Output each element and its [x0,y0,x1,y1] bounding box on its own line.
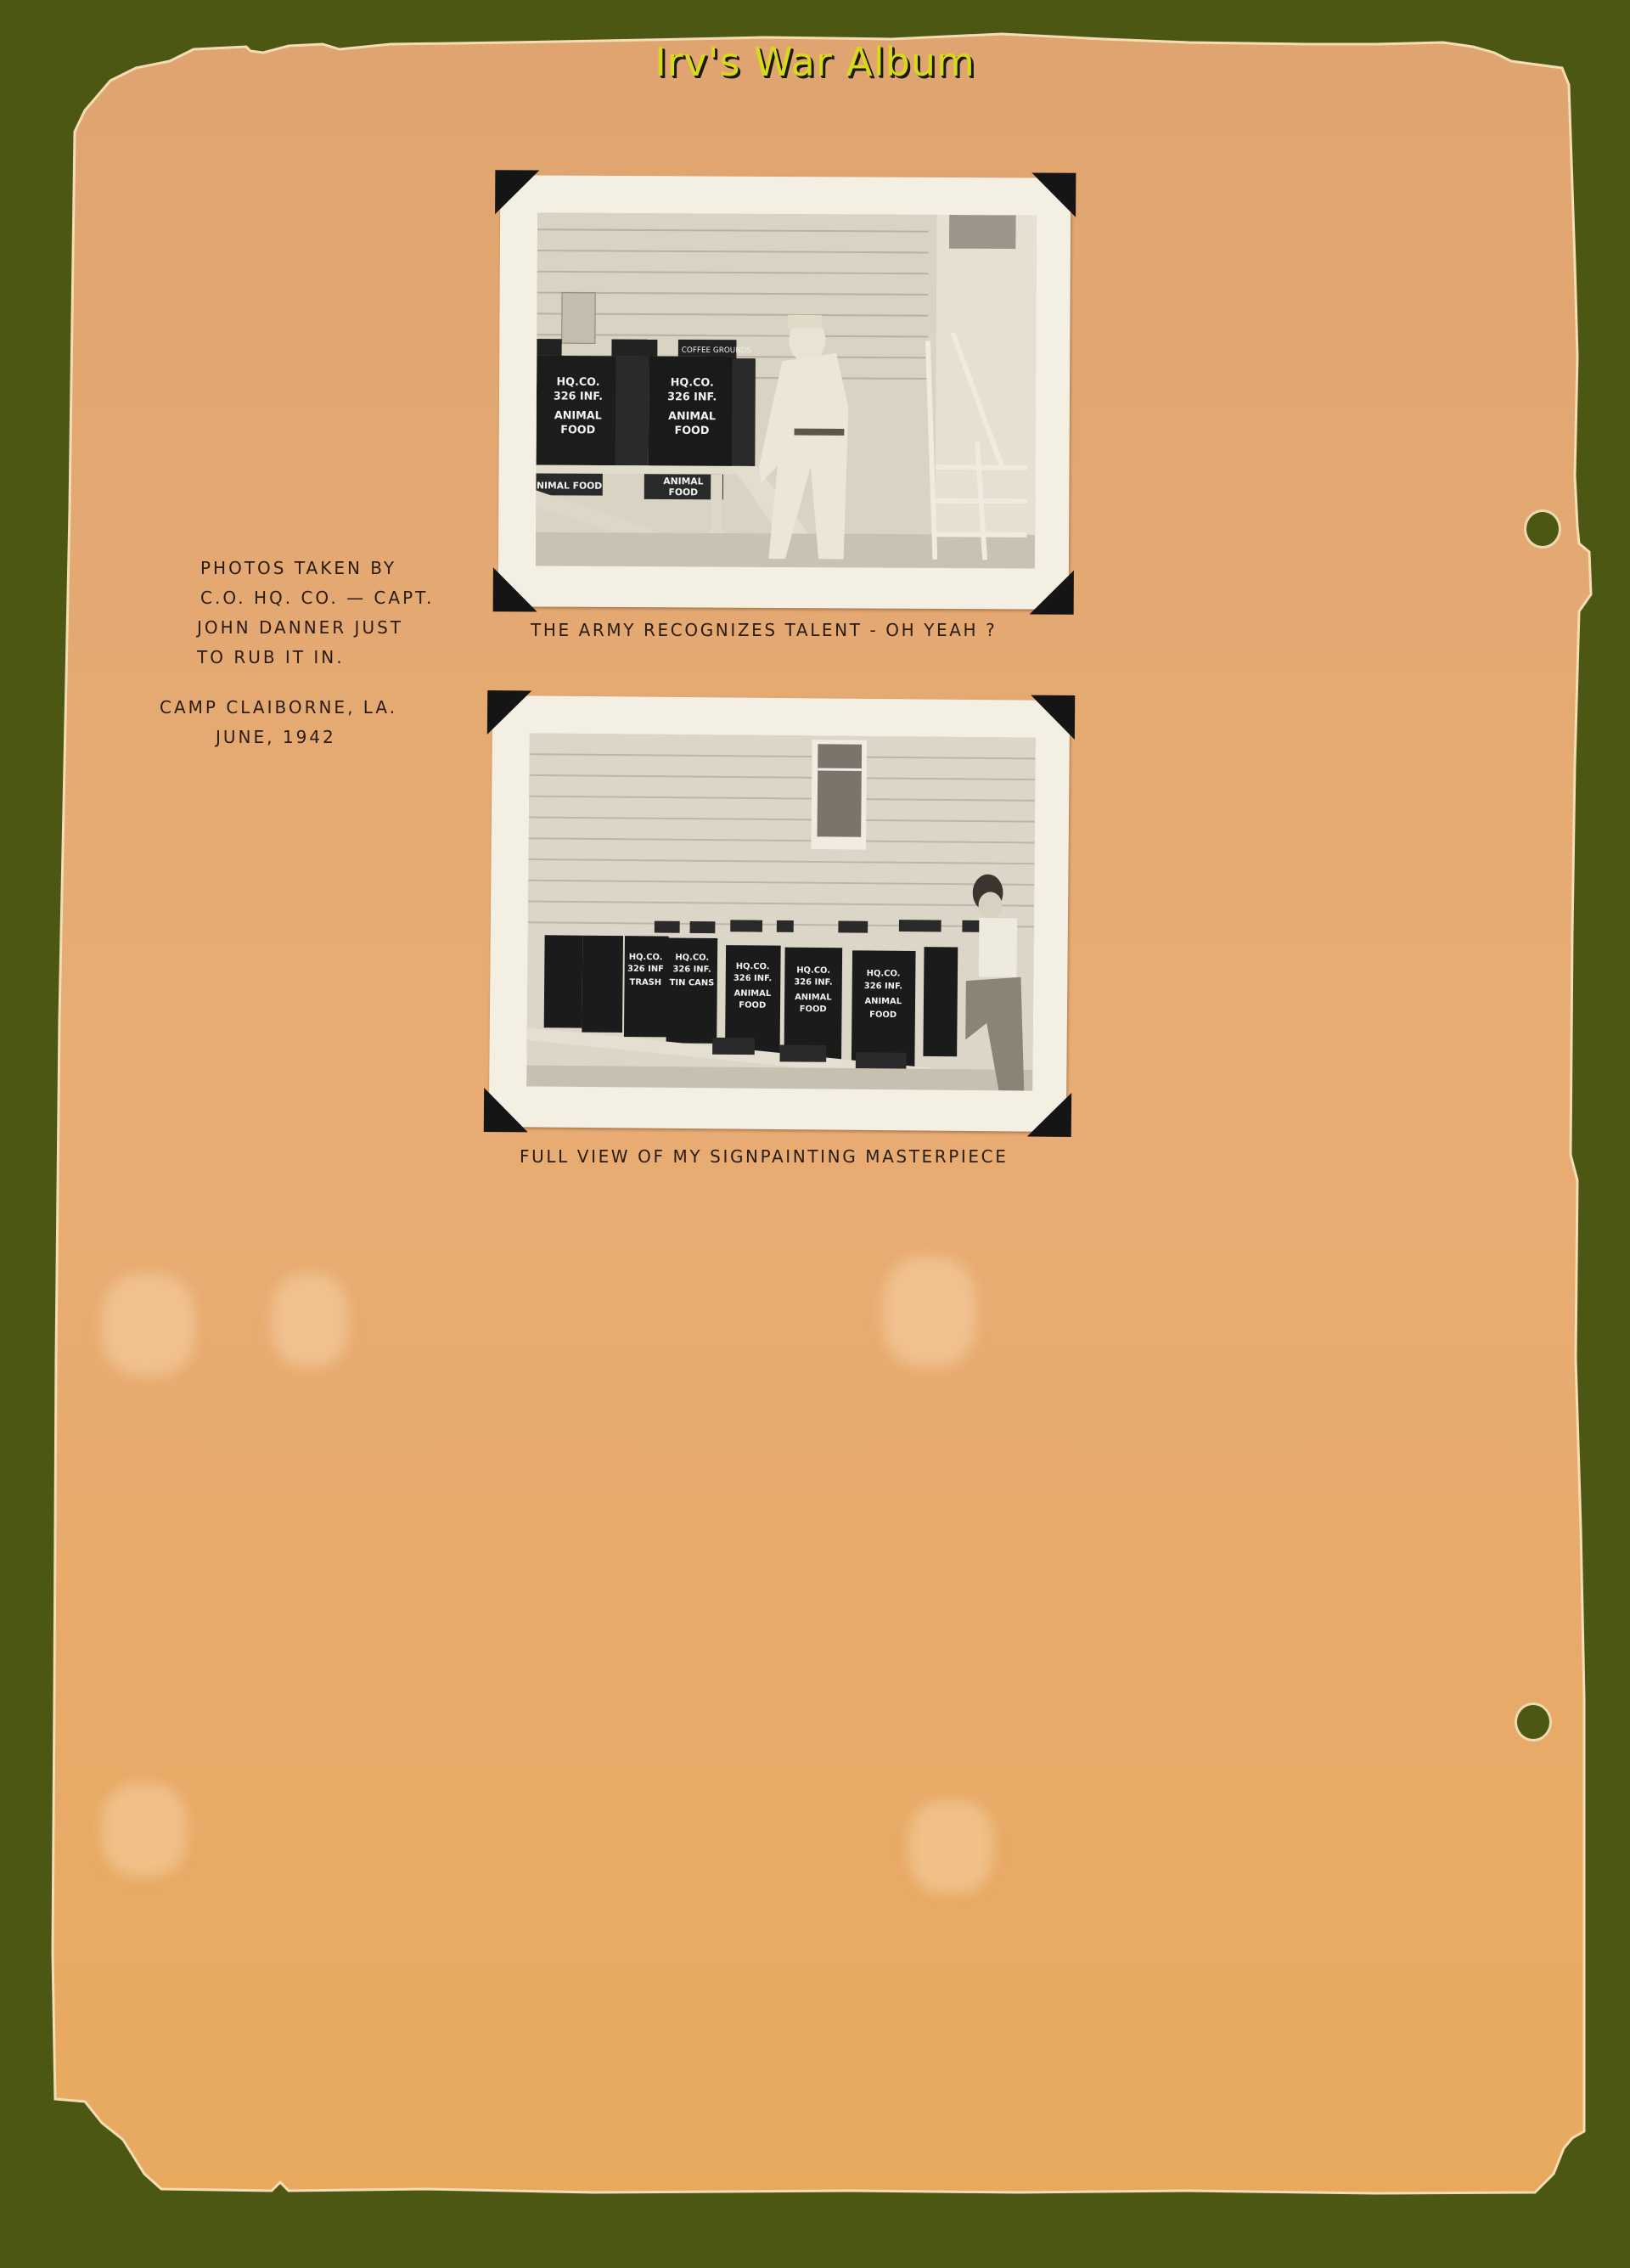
svg-text:TRASH: TRASH [630,978,662,988]
paper-stain [102,1783,187,1877]
photo-corner [495,170,539,214]
photo-image: HQ.CO.326 INFTRASH HQ.CO.326 INF.TIN CAN… [526,733,1036,1090]
svg-text:TIN CANS: TIN CANS [670,978,715,988]
svg-text:NIMAL FOOD: NIMAL FOOD [537,480,602,491]
svg-text:HQ.CO.: HQ.CO. [796,966,830,976]
paper-stain [883,1257,976,1367]
svg-text:HQ.CO.: HQ.CO. [736,962,770,971]
paper-stain [908,1800,993,1894]
binder-hole [1526,512,1559,546]
photo-full-view-cans: HQ.CO.326 INFTRASH HQ.CO.326 INF.TIN CAN… [489,695,1070,1132]
svg-text:HQ.CO.: HQ.CO. [867,969,901,978]
svg-text:ANIMAL: ANIMAL [554,409,602,422]
svg-text:326 INF.: 326 INF. [794,977,832,987]
svg-text:ANIMAL: ANIMAL [734,989,772,999]
svg-text:HQ.CO.: HQ.CO. [675,953,709,962]
svg-text:326 INF.: 326 INF. [672,965,711,974]
photo-caption: THE ARMY RECOGNIZES TALENT - OH YEAH ? [531,620,997,640]
svg-text:326 INF: 326 INF [627,965,664,974]
svg-text:FOOD: FOOD [675,425,710,437]
note-date: JUNE, 1942 [153,723,475,752]
svg-text:FOOD: FOOD [669,487,699,498]
photo-corner [1031,695,1075,740]
photo-corner [487,690,531,734]
paper-stain [272,1274,348,1367]
svg-text:326 INF.: 326 INF. [864,982,902,991]
note-line: TO RUB IT IN. [153,643,475,673]
svg-text:326 INF.: 326 INF. [667,391,717,403]
svg-text:COFFEE GROUNDS: COFFEE GROUNDS [682,346,752,355]
svg-text:HQ.CO.: HQ.CO. [556,376,599,389]
photo-corner [493,567,537,611]
svg-text:FOOD: FOOD [739,1001,766,1010]
svg-text:ANIMAL: ANIMAL [663,476,703,487]
svg-text:HQ.CO.: HQ.CO. [629,953,663,962]
svg-text:ANIMAL: ANIMAL [795,993,832,1002]
paper-stain [102,1274,195,1376]
photo-corner [1030,571,1074,615]
svg-text:HQ.CO.: HQ.CO. [671,376,714,389]
photo-image: COFFEE GROUNDS HQ.CO.326 INF. ANIMALFOOD… [536,212,1037,568]
svg-text:FOOD: FOOD [869,1010,896,1020]
photo-caption: FULL VIEW OF MY SIGNPAINTING MASTERPIECE [520,1146,1008,1167]
binder-hole [1517,1705,1549,1739]
svg-text:326 INF.: 326 INF. [554,390,603,402]
album-page: Irv's War Album PHOTOS TAKEN BY C.O. HQ.… [0,0,1630,2268]
svg-text:326 INF.: 326 INF. [733,974,772,983]
photo-corner [1031,173,1076,217]
svg-text:FOOD: FOOD [560,424,595,436]
photo-corner [1027,1093,1071,1137]
photo-corner [484,1088,528,1132]
svg-text:ANIMAL: ANIMAL [864,997,902,1006]
svg-text:ANIMAL: ANIMAL [668,410,716,423]
album-title: Irv's War Album [0,39,1630,85]
note-line: PHOTOS TAKEN BY [153,554,475,583]
note-location: CAMP CLAIBORNE, LA. [153,693,475,723]
note-line: JOHN DANNER JUST [153,613,475,643]
side-note: PHOTOS TAKEN BY C.O. HQ. CO. — CAPT. JOH… [153,554,475,752]
photo-soldier-with-cans: COFFEE GROUNDS HQ.CO.326 INF. ANIMALFOOD… [498,175,1071,610]
svg-text:FOOD: FOOD [800,1005,827,1014]
note-line: C.O. HQ. CO. — CAPT. [153,583,475,613]
